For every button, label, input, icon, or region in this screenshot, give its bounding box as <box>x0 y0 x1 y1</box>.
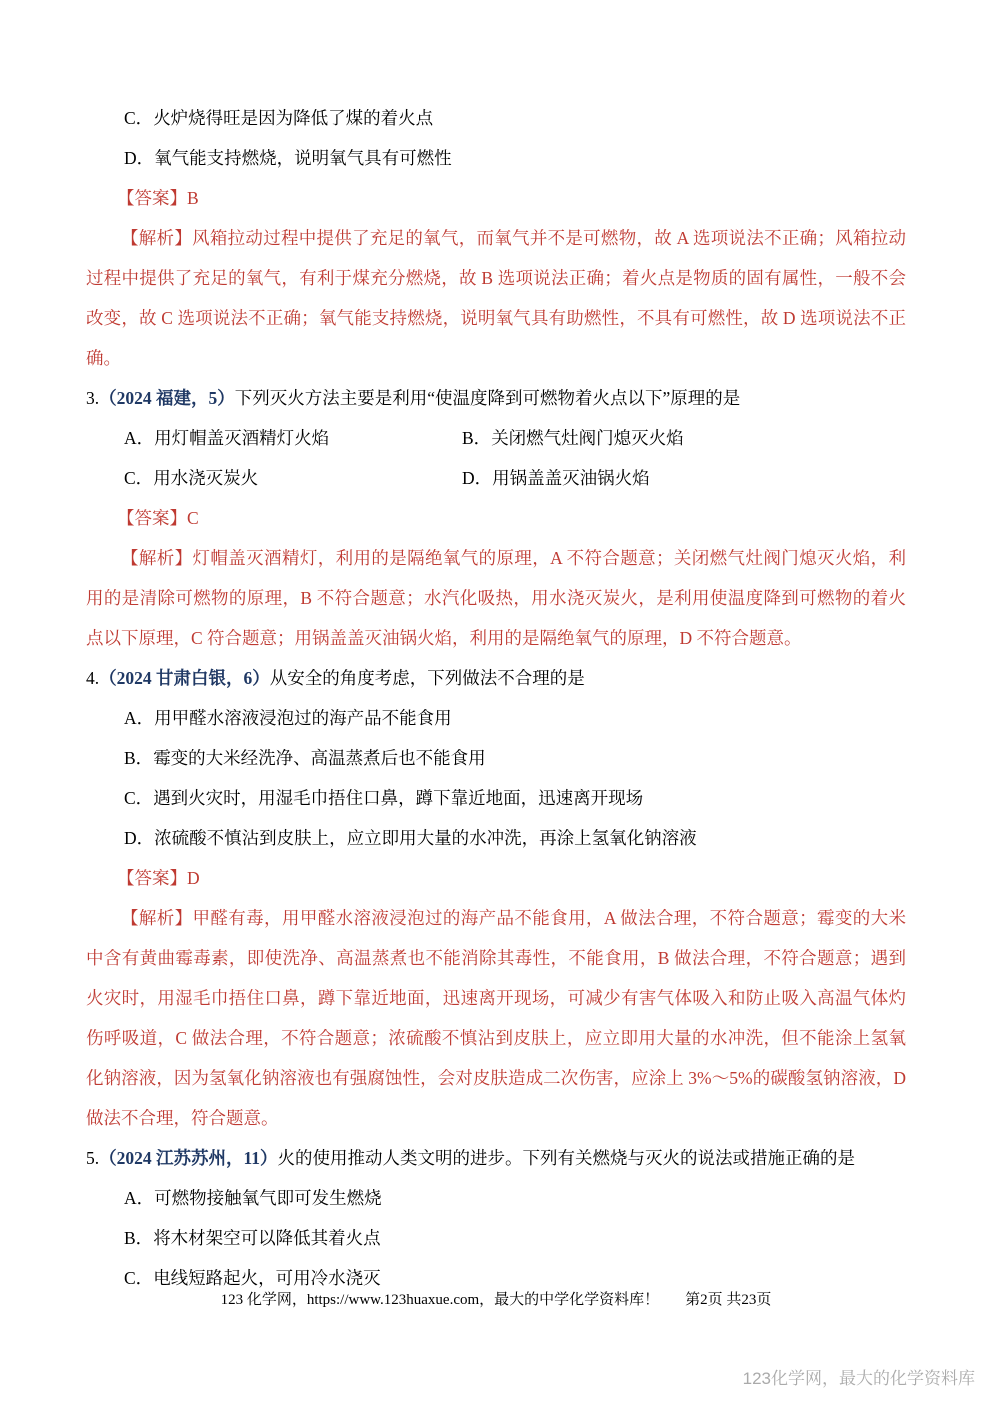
option-label: D． <box>124 828 154 848</box>
option-row: A．用灯帽盖灭酒精灯火焰 B．关闭燃气灶阀门熄灭火焰 <box>86 418 906 458</box>
option-label: D． <box>462 468 492 488</box>
option-label: A． <box>124 708 154 728</box>
answer-value: D <box>187 868 200 888</box>
analysis-label: 【解析】 <box>121 228 192 248</box>
question-source-tag: （2024 江苏苏州，11） <box>99 1148 277 1168</box>
option-line: A．用甲醛水溶液浸泡过的海产品不能食用 <box>86 698 906 738</box>
option-text: 火炉烧得旺是因为降低了煤的着火点 <box>153 108 433 128</box>
analysis-label: 【解析】 <box>121 548 193 568</box>
footer-page-number: 第2页 共23页 <box>685 1292 771 1308</box>
option-text: 关闭燃气灶阀门熄灭火焰 <box>491 428 684 448</box>
question-stem: 5.（2024 江苏苏州，11）火的使用推动人类文明的进步。下列有关燃烧与灭火的… <box>86 1138 906 1178</box>
answer-line: 【答案】D <box>86 858 906 898</box>
analysis-text: 风箱拉动过程中提供了充足的氧气，而氧气并不是可燃物，故 A 选项说法不正确；风箱… <box>86 228 906 368</box>
option-text: 用水浇灭炭火 <box>153 468 258 488</box>
analysis-paragraph: 【解析】甲醛有毒，用甲醛水溶液浸泡过的海产品不能食用，A 做法合理，不符合题意；… <box>86 898 906 1138</box>
answer-value: C <box>187 508 199 528</box>
question-stem-text: 从安全的角度考虑，下列做法不合理的是 <box>270 668 585 688</box>
option-label: C． <box>124 108 153 128</box>
page-footer: 123 化学网，https://www.123huaxue.com，最大的中学化… <box>0 1289 992 1311</box>
option-label: D． <box>124 148 154 168</box>
option-text: 用锅盖盖灭油锅火焰 <box>492 468 650 488</box>
question-source-tag: （2024 甘肃白银，6） <box>99 668 270 688</box>
option-text: 用甲醛水溶液浸泡过的海产品不能食用 <box>154 708 452 728</box>
option-label: B． <box>124 748 153 768</box>
footer-site-info: 123 化学网，https://www.123huaxue.com，最大的中学化… <box>221 1292 660 1308</box>
option-line: D．浓硫酸不慎沾到皮肤上，应立即用大量的水冲洗，再涂上氢氧化钠溶液 <box>86 818 906 858</box>
document-content: C．火炉烧得旺是因为降低了煤的着火点 D．氧气能支持燃烧，说明氧气具有可燃性 【… <box>86 98 906 1298</box>
option-text: 霉变的大米经洗净、高温蒸煮后也不能食用 <box>153 748 486 768</box>
option-line: B．霉变的大米经洗净、高温蒸煮后也不能食用 <box>86 738 906 778</box>
option-line: C．遇到火灾时，用湿毛巾捂住口鼻，蹲下靠近地面，迅速离开现场 <box>86 778 906 818</box>
option-text: 电线短路起火，可用冷水浇灭 <box>153 1268 381 1288</box>
option-line: B．将木材架空可以降低其着火点 <box>86 1218 906 1258</box>
option-text: 可燃物接触氧气即可发生燃烧 <box>154 1188 382 1208</box>
option-line: D．氧气能支持燃烧，说明氧气具有可燃性 <box>86 138 906 178</box>
answer-line: 【答案】B <box>86 178 906 218</box>
option-line: C．用水浇灭炭火 <box>124 458 462 498</box>
watermark: 123化学网，最大的化学资料库 <box>743 1367 975 1391</box>
question-stem: 3.（2024 福建，5）下列灭火方法主要是利用“使温度降到可燃物着火点以下”原… <box>86 378 906 418</box>
analysis-label: 【解析】 <box>121 908 193 928</box>
option-text: 遇到火灾时，用湿毛巾捂住口鼻，蹲下靠近地面，迅速离开现场 <box>153 788 643 808</box>
answer-label: 【答案】 <box>117 868 187 888</box>
option-line: A．可燃物接触氧气即可发生燃烧 <box>86 1178 906 1218</box>
question-4-block: 4.（2024 甘肃白银，6）从安全的角度考虑，下列做法不合理的是 A．用甲醛水… <box>86 658 906 1138</box>
question-stem-text: 下列灭火方法主要是利用“使温度降到可燃物着火点以下”原理的是 <box>235 388 741 408</box>
analysis-text: 甲醛有毒，用甲醛水溶液浸泡过的海产品不能食用，A 做法合理，不符合题意；霉变的大… <box>86 908 906 1128</box>
question-number: 5. <box>86 1148 99 1168</box>
question-number: 4. <box>86 668 99 688</box>
question-stem-text: 火的使用推动人类文明的进步。下列有关燃烧与灭火的说法或措施正确的是 <box>278 1148 856 1168</box>
option-text: 氧气能支持燃烧，说明氧气具有可燃性 <box>154 148 452 168</box>
option-label: A． <box>124 428 154 448</box>
analysis-text: 灯帽盖灭酒精灯，利用的是隔绝氧气的原理，A 不符合题意；关闭燃气灶阀门熄灭火焰，… <box>86 548 906 648</box>
question-5-block: 5.（2024 江苏苏州，11）火的使用推动人类文明的进步。下列有关燃烧与灭火的… <box>86 1138 906 1298</box>
option-line: A．用灯帽盖灭酒精灯火焰 <box>124 418 462 458</box>
option-text: 浓硫酸不慎沾到皮肤上，应立即用大量的水冲洗，再涂上氢氧化钠溶液 <box>154 828 697 848</box>
option-label: B． <box>462 428 491 448</box>
option-label: B． <box>124 1228 153 1248</box>
analysis-paragraph: 【解析】灯帽盖灭酒精灯，利用的是隔绝氧气的原理，A 不符合题意；关闭燃气灶阀门熄… <box>86 538 906 658</box>
question-stem: 4.（2024 甘肃白银，6）从安全的角度考虑，下列做法不合理的是 <box>86 658 906 698</box>
analysis-paragraph: 【解析】风箱拉动过程中提供了充足的氧气，而氧气并不是可燃物，故 A 选项说法不正… <box>86 218 906 378</box>
answer-label: 【答案】 <box>117 508 187 528</box>
option-row: C．用水浇灭炭火 D．用锅盖盖灭油锅火焰 <box>86 458 906 498</box>
question-number: 3. <box>86 388 99 408</box>
option-label: C． <box>124 468 153 488</box>
question-2-block: C．火炉烧得旺是因为降低了煤的着火点 D．氧气能支持燃烧，说明氧气具有可燃性 【… <box>86 98 906 378</box>
option-line: D．用锅盖盖灭油锅火焰 <box>462 458 906 498</box>
option-label: C． <box>124 788 153 808</box>
option-line: B．关闭燃气灶阀门熄灭火焰 <box>462 418 906 458</box>
option-line: C．火炉烧得旺是因为降低了煤的着火点 <box>86 98 906 138</box>
option-text: 用灯帽盖灭酒精灯火焰 <box>154 428 329 448</box>
question-3-block: 3.（2024 福建，5）下列灭火方法主要是利用“使温度降到可燃物着火点以下”原… <box>86 378 906 658</box>
answer-value: B <box>187 188 199 208</box>
answer-line: 【答案】C <box>86 498 906 538</box>
option-text: 将木材架空可以降低其着火点 <box>153 1228 381 1248</box>
document-page: C．火炉烧得旺是因为降低了煤的着火点 D．氧气能支持燃烧，说明氧气具有可燃性 【… <box>0 0 992 1403</box>
option-label: C． <box>124 1268 153 1288</box>
answer-label: 【答案】 <box>117 188 187 208</box>
question-source-tag: （2024 福建，5） <box>99 388 235 408</box>
option-label: A． <box>124 1188 154 1208</box>
